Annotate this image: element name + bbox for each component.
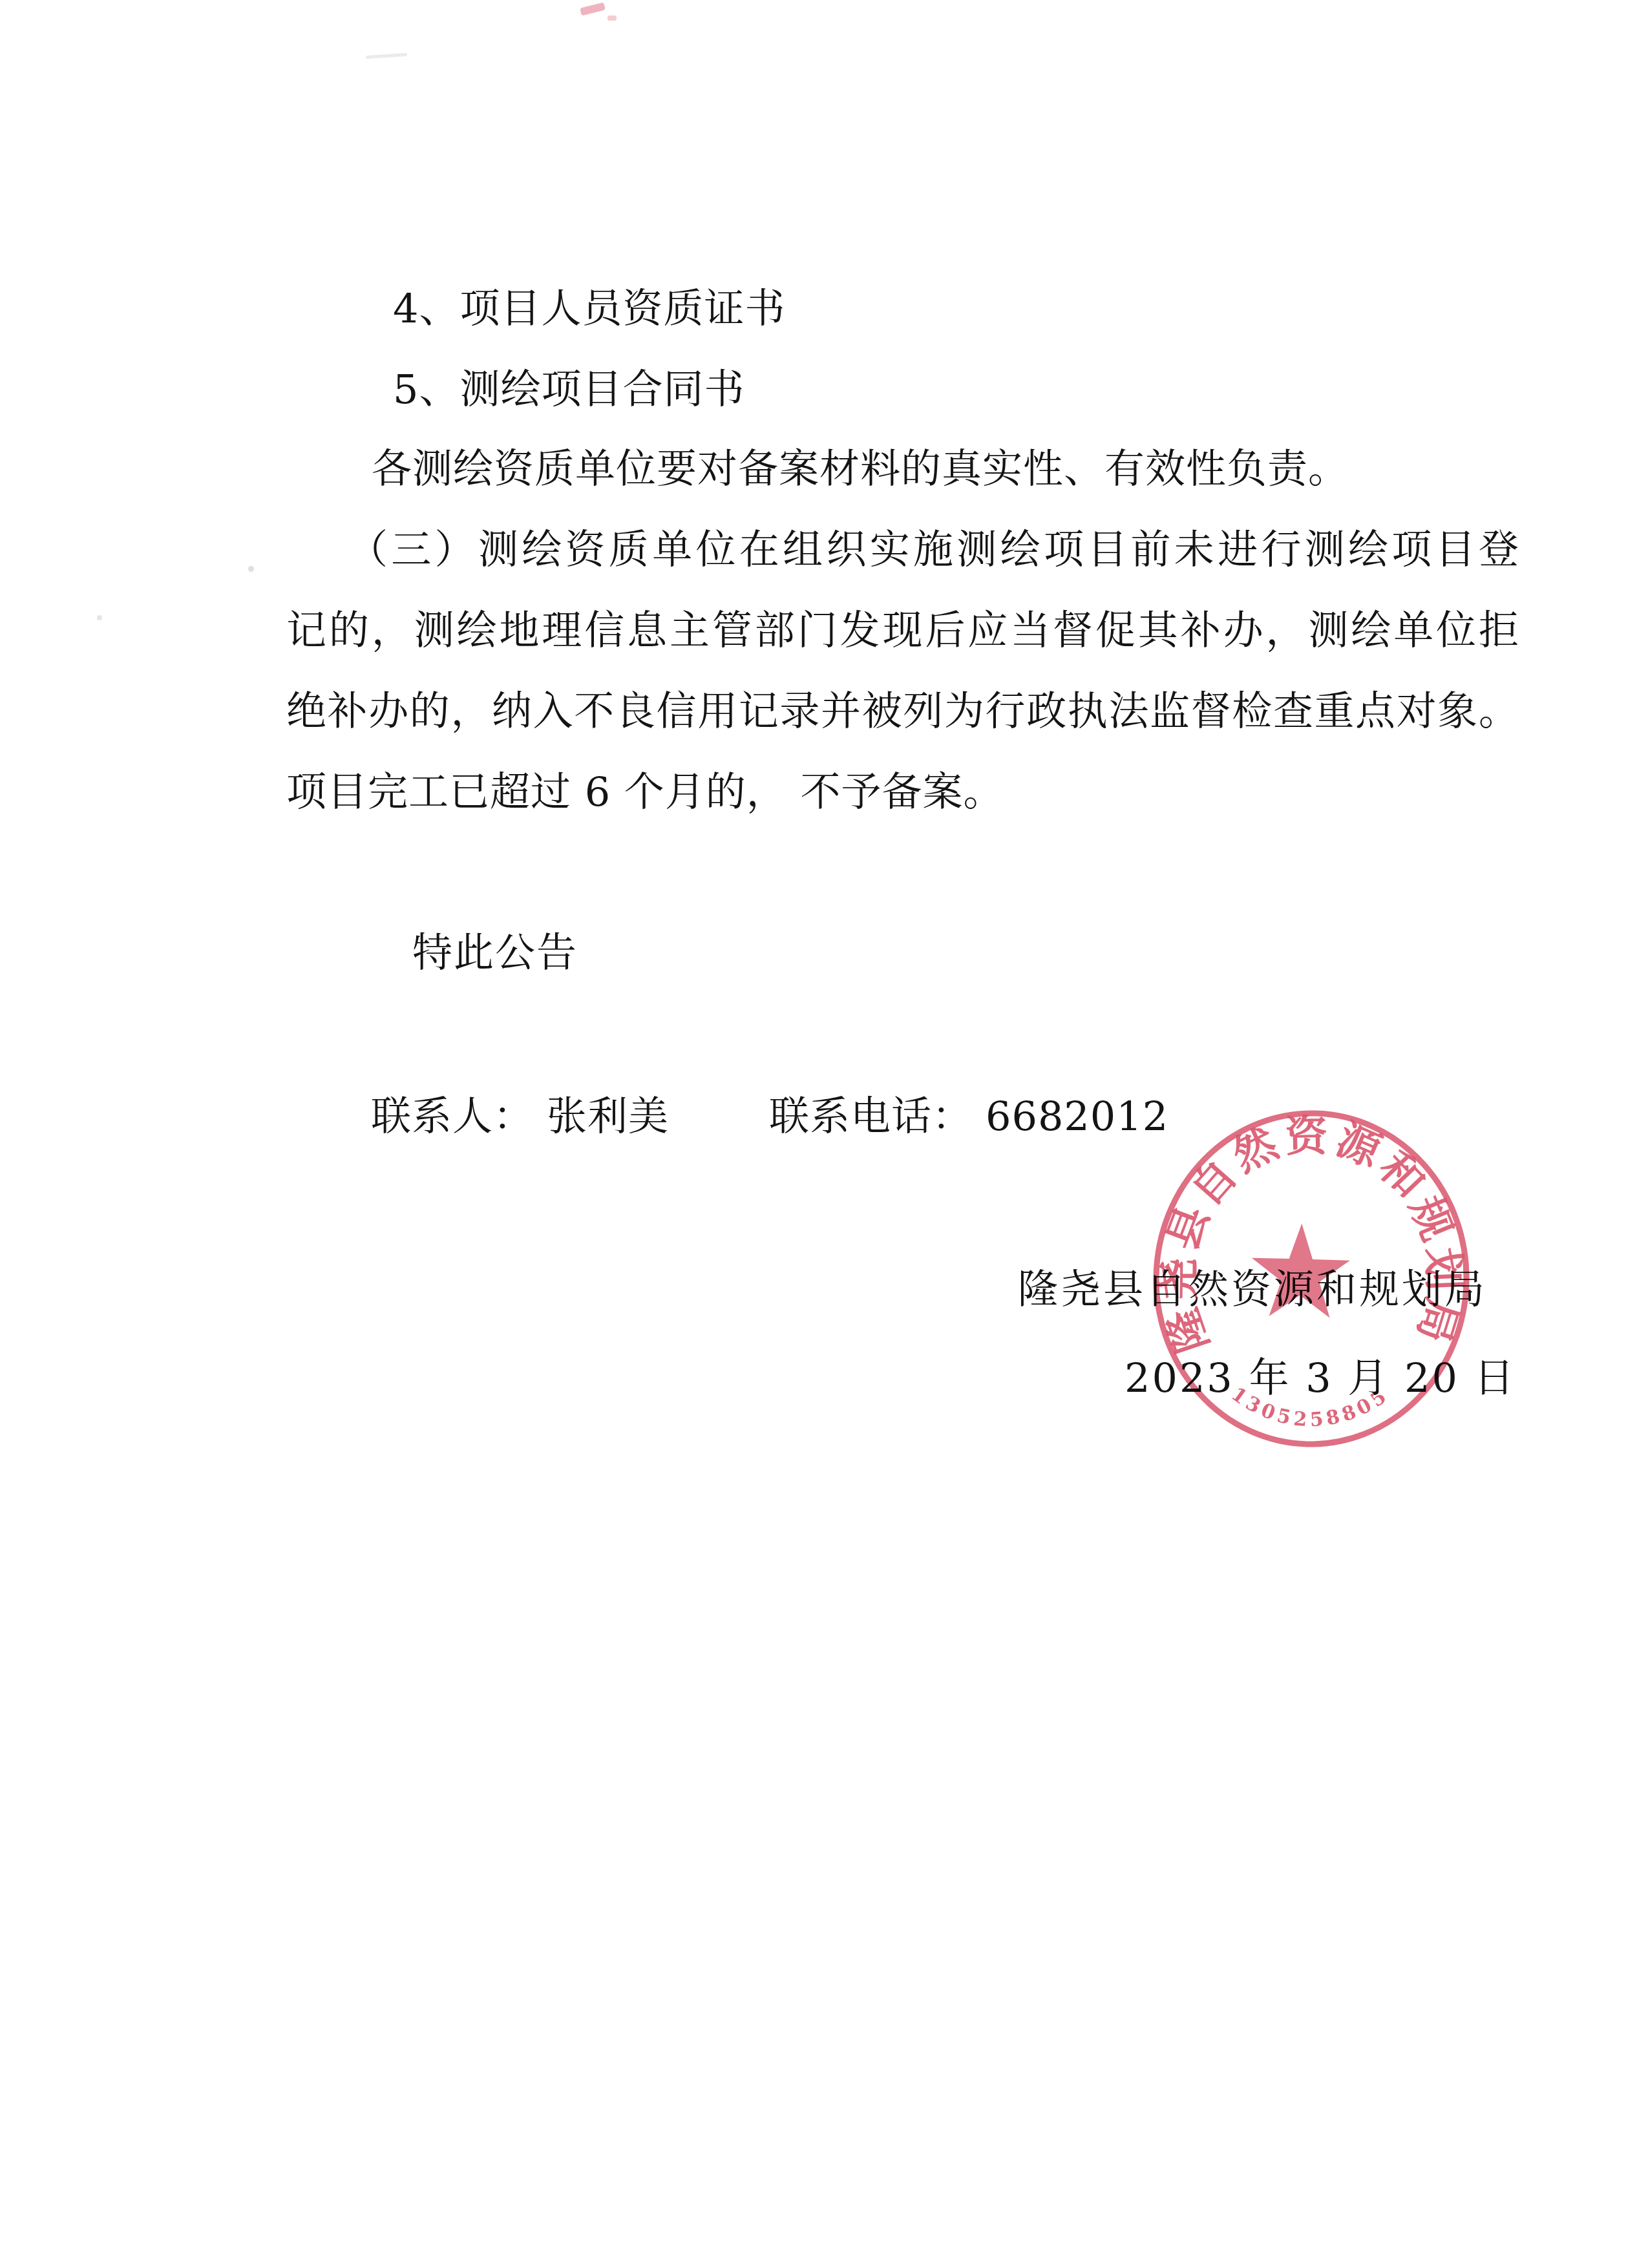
contact-person-label: 联系人：	[371, 1094, 534, 1139]
scan-speck	[248, 566, 254, 572]
list-item-5: 5、测绘项目合同书	[393, 367, 745, 412]
contact-phone-label: 联系电话：	[769, 1094, 973, 1139]
paragraph-item3-line3: 绝补办的，纳入不良信用记录并被列为行政执法监督检查重点对象。	[286, 689, 1519, 734]
scan-speck	[580, 3, 606, 16]
closing-statement: 特此公告	[412, 930, 578, 976]
list-item-4: 4、项目人员资质证书	[393, 286, 785, 331]
paragraph-item3-line4: 项目完工已超过 6 个月的， 不予备案。	[286, 770, 1004, 815]
document-page: 4、项目人员资质证书 5、测绘项目合同书 各测绘资质单位要对备案材料的真实性、有…	[0, 0, 1648, 2268]
paragraph-item3-line2: 记的，测绘地理信息主管部门发现后应当督促其补办，测绘单位拒	[286, 608, 1519, 653]
contact-person-name: 张利美	[547, 1094, 669, 1139]
contact-phone: 联系电话： 6682012	[769, 1094, 1168, 1139]
paragraph-item3-line1: （三）测绘资质单位在组织实施测绘项目前未进行测绘项目登	[348, 527, 1519, 572]
paragraph-responsibility: 各测绘资质单位要对备案材料的真实性、有效性负责。	[372, 446, 1349, 492]
scan-speck	[607, 16, 617, 21]
scan-speck	[366, 53, 407, 59]
star-icon	[1250, 1223, 1351, 1319]
seal-arc-text: 隆尧县自然资源和规划局	[1151, 1106, 1474, 1367]
official-seal: 隆尧县自然资源和规划局 130525880542	[1123, 1085, 1499, 1476]
scan-speck	[97, 615, 102, 620]
contact-person: 联系人： 张利美	[371, 1094, 669, 1139]
